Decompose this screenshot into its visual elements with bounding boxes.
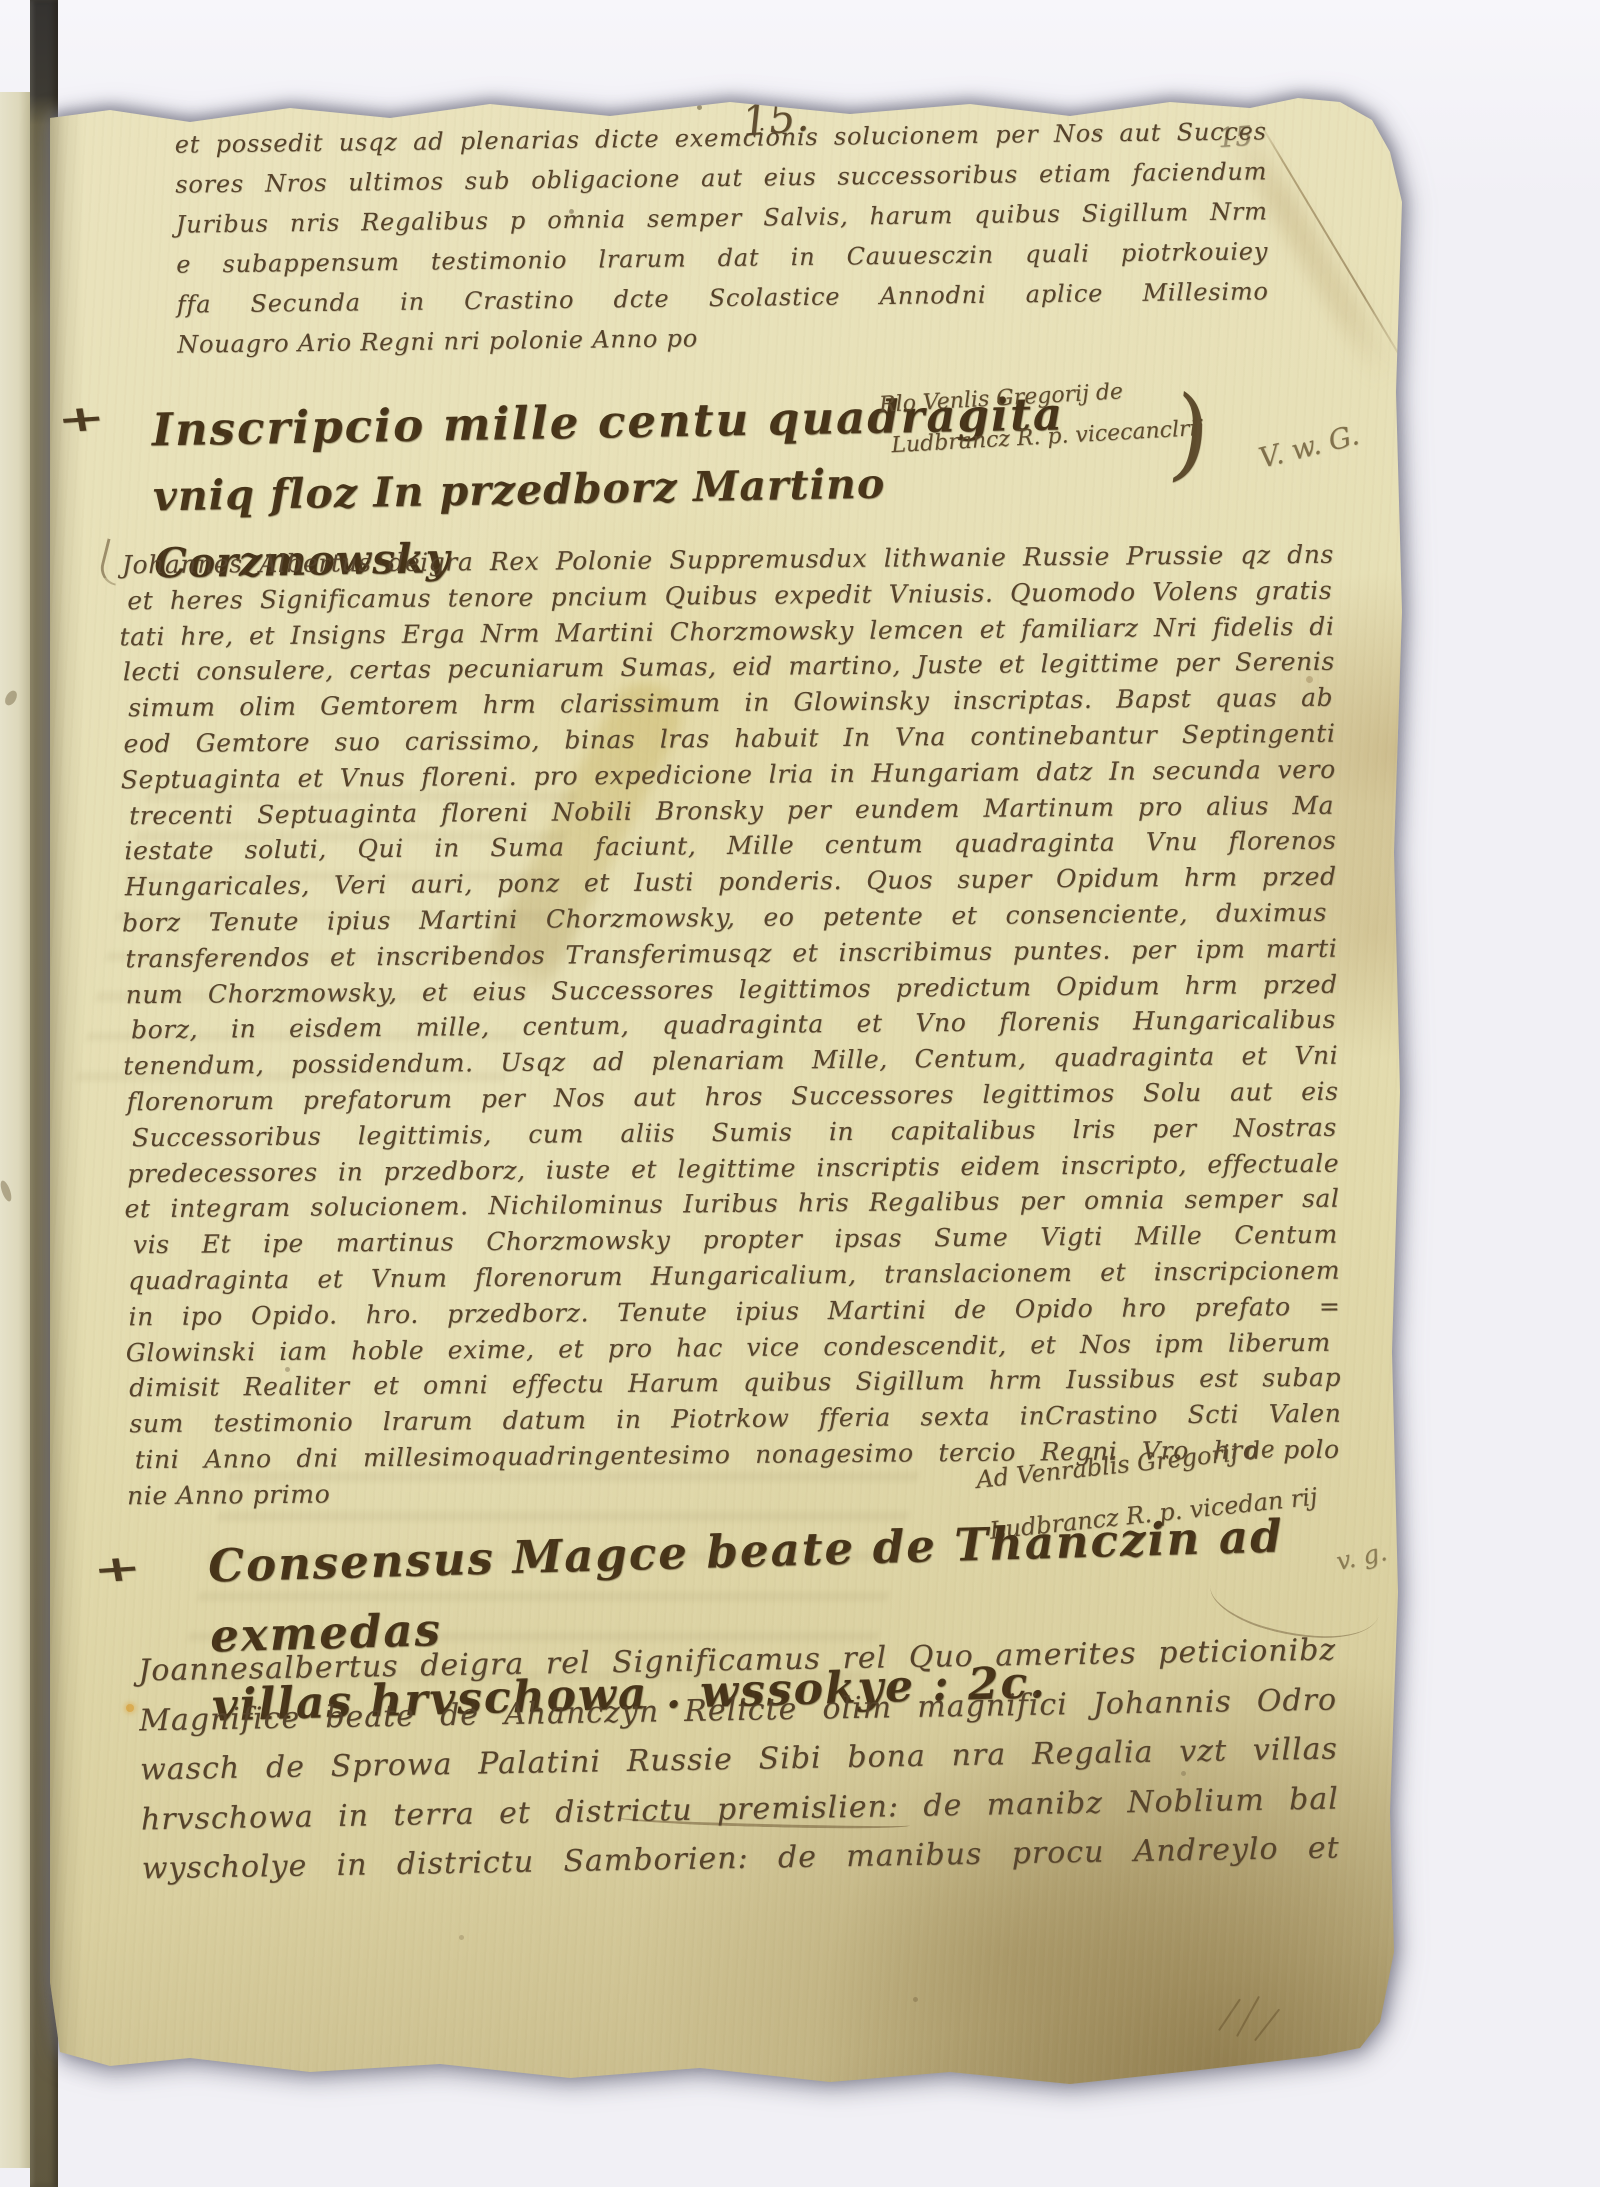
scan-canvas: 15. 15 et possedit usqz ad plenarias dic… bbox=[0, 0, 1600, 2187]
manuscript-leaf-shadow: 15. 15 et possedit usqz ad plenarias dic… bbox=[50, 92, 1416, 2094]
margin-cross-entry2: + bbox=[90, 1547, 145, 1592]
corner-pen-marks bbox=[1218, 1998, 1241, 2031]
clerk-monogram-entry2: v. g. bbox=[1334, 1537, 1390, 1576]
entry2-body: Joannesalbertus deigra rel Significamus … bbox=[138, 1626, 1340, 1894]
wax-speck bbox=[126, 1704, 134, 1712]
entry1-body: Johannes Albertus deigra Rex Polonie Sup… bbox=[122, 537, 1342, 1514]
intro-paragraph: et possedit usqz ad plenarias dicte exem… bbox=[175, 111, 1270, 364]
manuscript-page: 15. 15 et possedit usqz ad plenarias dic… bbox=[50, 92, 1416, 2094]
corner-pen-marks bbox=[1254, 2008, 1280, 2041]
corner-crease-line bbox=[1256, 118, 1410, 372]
facing-page-ink-mark bbox=[3, 689, 20, 708]
margin-cross-entry1: + bbox=[54, 397, 109, 442]
facing-page-ink-mark bbox=[0, 1179, 14, 1202]
facing-page-edge bbox=[0, 92, 34, 2168]
ink-specks bbox=[50, 92, 53, 95]
clerk-monogram-entry1: V. w. G. bbox=[1256, 418, 1363, 475]
corner-pen-marks bbox=[1236, 1996, 1260, 2037]
